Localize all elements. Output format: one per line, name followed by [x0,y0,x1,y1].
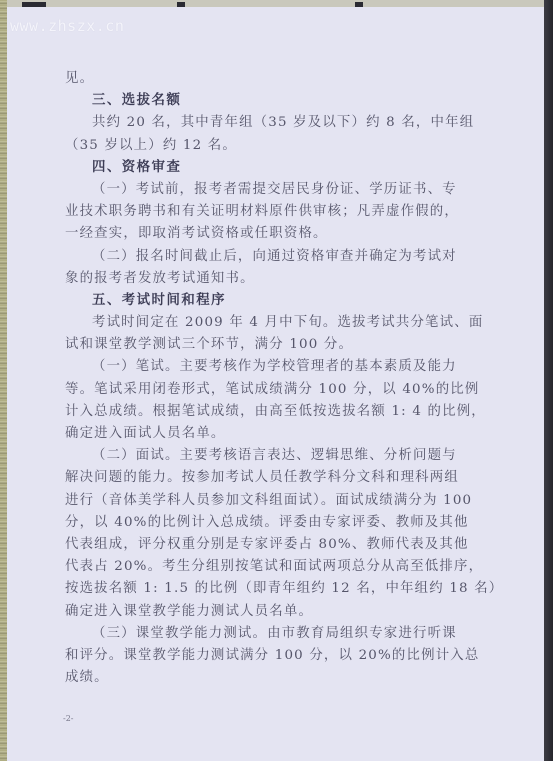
text-line: （二）面试。主要考核语言表达、逻辑思维、分析问题与 [65,445,485,467]
text-line: 确定进入课堂教学能力测试人员名单。 [65,601,485,623]
text-line: 成绩。 [65,667,485,689]
scan-right-edge [544,0,553,761]
section-heading: 四、资格审查 [65,157,485,179]
text-line: 和评分。课堂教学能力测试满分 100 分，以 20%的比例计入总 [65,645,485,667]
text-line: 共约 20 名，其中青年组（35 岁及以下）约 8 名，中年组 [65,112,485,134]
text-line: （一）考试前，报考者需提交居民身份证、学历证书、专 [65,179,485,201]
scan-top-edge [0,0,553,7]
scan-left-edge [0,0,7,761]
text-line: 计入总成绩。根据笔试成绩，由高至低按选拔名额 1: 4 的比例， [65,401,485,423]
text-line: 业技术职务聘书和有关证明材料原件供审核；凡弄虚作假的， [65,201,485,223]
text-line: 分，以 40%的比例计入总成绩。评委由专家评委、教师及其他 [65,512,485,534]
text-line: （三）课堂教学能力测试。由市教育局组织专家进行听课 [65,623,485,645]
section-heading: 五、考试时间和程序 [65,290,485,312]
section-heading: 三、选拔名额 [65,90,485,112]
text-line: 代表占 20%。考生分组别按笔试和面试两项总分从高至低排序， [65,556,485,578]
document-body: 见。三、选拔名额共约 20 名，其中青年组（35 岁及以下）约 8 名，中年组（… [65,68,485,689]
text-line: 等。笔试采用闭卷形式，笔试成绩满分 100 分，以 40%的比例 [65,379,485,401]
text-line: 象的报考者发放考试通知书。 [65,268,485,290]
text-line: 见。 [65,68,485,90]
text-line: 确定进入面试人员名单。 [65,423,485,445]
text-line: 进行（音体美学科人员参加文科组面试）。面试成绩满分为 100 [65,490,485,512]
text-line: （二）报名时间截止后，向通过资格审查并确定为考试对 [65,246,485,268]
text-line: 解决问题的能力。按参加考试人员任教学科分文科和理科两组 [65,467,485,489]
text-line: 代表组成，评分权重分别是专家评委占 80%、教师代表及其他 [65,534,485,556]
text-line: 考试时间定在 2009 年 4 月中下旬。选拔考试共分笔试、面 [65,312,485,334]
watermark: www.zhszx.cn [10,17,124,35]
text-line: （一）笔试。主要考核作为学校管理者的基本素质及能力 [65,356,485,378]
text-line: （35 岁以上）约 12 名。 [65,135,485,157]
text-line: 一经查实，即取消考试资格或任职资格。 [65,223,485,245]
text-line: 试和课堂教学测试三个环节，满分 100 分。 [65,334,485,356]
text-line: 按选拔名额 1: 1.5 的比例（即青年组约 12 名，中年组约 18 名） [65,578,485,600]
page-number: -2- [63,714,74,723]
